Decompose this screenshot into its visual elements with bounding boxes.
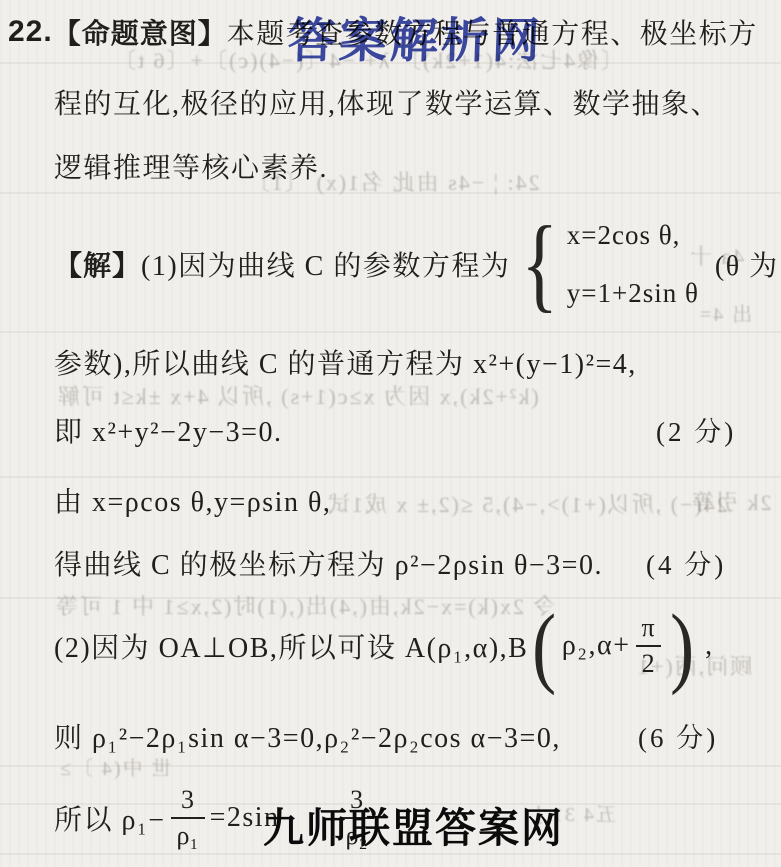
scanned-answer-page: 〔像4七法:4(1+2k)〕 λ+ −4〔(−4)(c)〕+〔6 t〕24: ¦… [0,0,781,867]
bleed-through-text: 2k 引等 [690,486,772,517]
intent-line-3: 逻辑推理等核心素养. [54,146,328,186]
parametric-system: x=2cos θ, y=1+2sin θ [567,220,699,309]
scan-line [0,331,781,333]
part2-paren-inner: ρ₂,α+ [562,630,631,662]
part2-line1-pre: (2)因为 OA⊥OB,所以可设 A(ρ₁,α),B [54,626,528,666]
score-6: (6 分) [638,716,718,755]
theta-note: (θ 为 [715,244,779,284]
part1-line4: 由 x=ρcos θ,y=ρsin θ, [54,480,331,520]
three-over-rho1-fraction: 3 ρ₁ [171,785,205,851]
site-watermark-bottom: 九师联盟答案网 [263,795,564,854]
fraction-denominator: ρ₁ [171,817,205,851]
system-eq1: x=2cos θ, [567,220,699,251]
bleed-through-text: (k²+2k),x 因为 x≥c(1+s) ,所以 4+x ±k≤t 可解 [56,380,539,411]
system-brace: { [522,211,560,317]
solve-label: 【解】 [54,244,141,284]
fraction-numerator: 3 [175,785,200,817]
part1-line5: 得曲线 C 的极坐标方程为 ρ²−2ρsin θ−3=0. [54,543,603,583]
part3-pre: 所以 ρ₁− [54,798,166,838]
scan-line [0,476,781,478]
score-2: (2 分) [656,410,736,449]
part2-row: (2)因为 OA⊥OB,所以可设 A(ρ₁,α),B ( ρ₂,α+ π 2 )… [54,600,714,692]
site-watermark-top: 答案解析网 [287,2,544,71]
intent-label: 【命题意图】 [53,12,227,52]
problem-number: 22. [8,15,53,49]
part1-intro: (1)因为曲线 C 的参数方程为 [141,244,510,284]
score-4: (4 分) [646,543,726,582]
part2-line1-tail: , [705,630,714,662]
intent-line-2: 程的互化,极径的应用,体现了数学运算、数学抽象、 [54,82,720,122]
close-paren: ) [670,606,695,687]
open-paren: ( [532,606,557,687]
fraction-numerator: π [636,613,661,645]
pi-over-2-fraction: π 2 [636,613,661,679]
part2-line2: 则 ρ₁²−2ρ₁sin α−3=0,ρ₂²−2ρ₂cos α−3=0, [54,716,561,756]
solution-part1-row: 【解】 (1)因为曲线 C 的参数方程为 { x=2cos θ, y=1+2si… [54,208,779,320]
system-eq2: y=1+2sin θ [567,278,699,309]
part1-line3: 即 x²+y²−2y−3=0. [54,410,282,450]
fraction-denominator: 2 [636,645,661,679]
part1-line2: 参数),所以曲线 C 的普通方程为 x²+(y−1)²=4, [54,342,637,382]
bleed-through-text: 24(−) ,所以(+1)>,−4),5 ≤(2,± x 成1试 [326,488,728,519]
